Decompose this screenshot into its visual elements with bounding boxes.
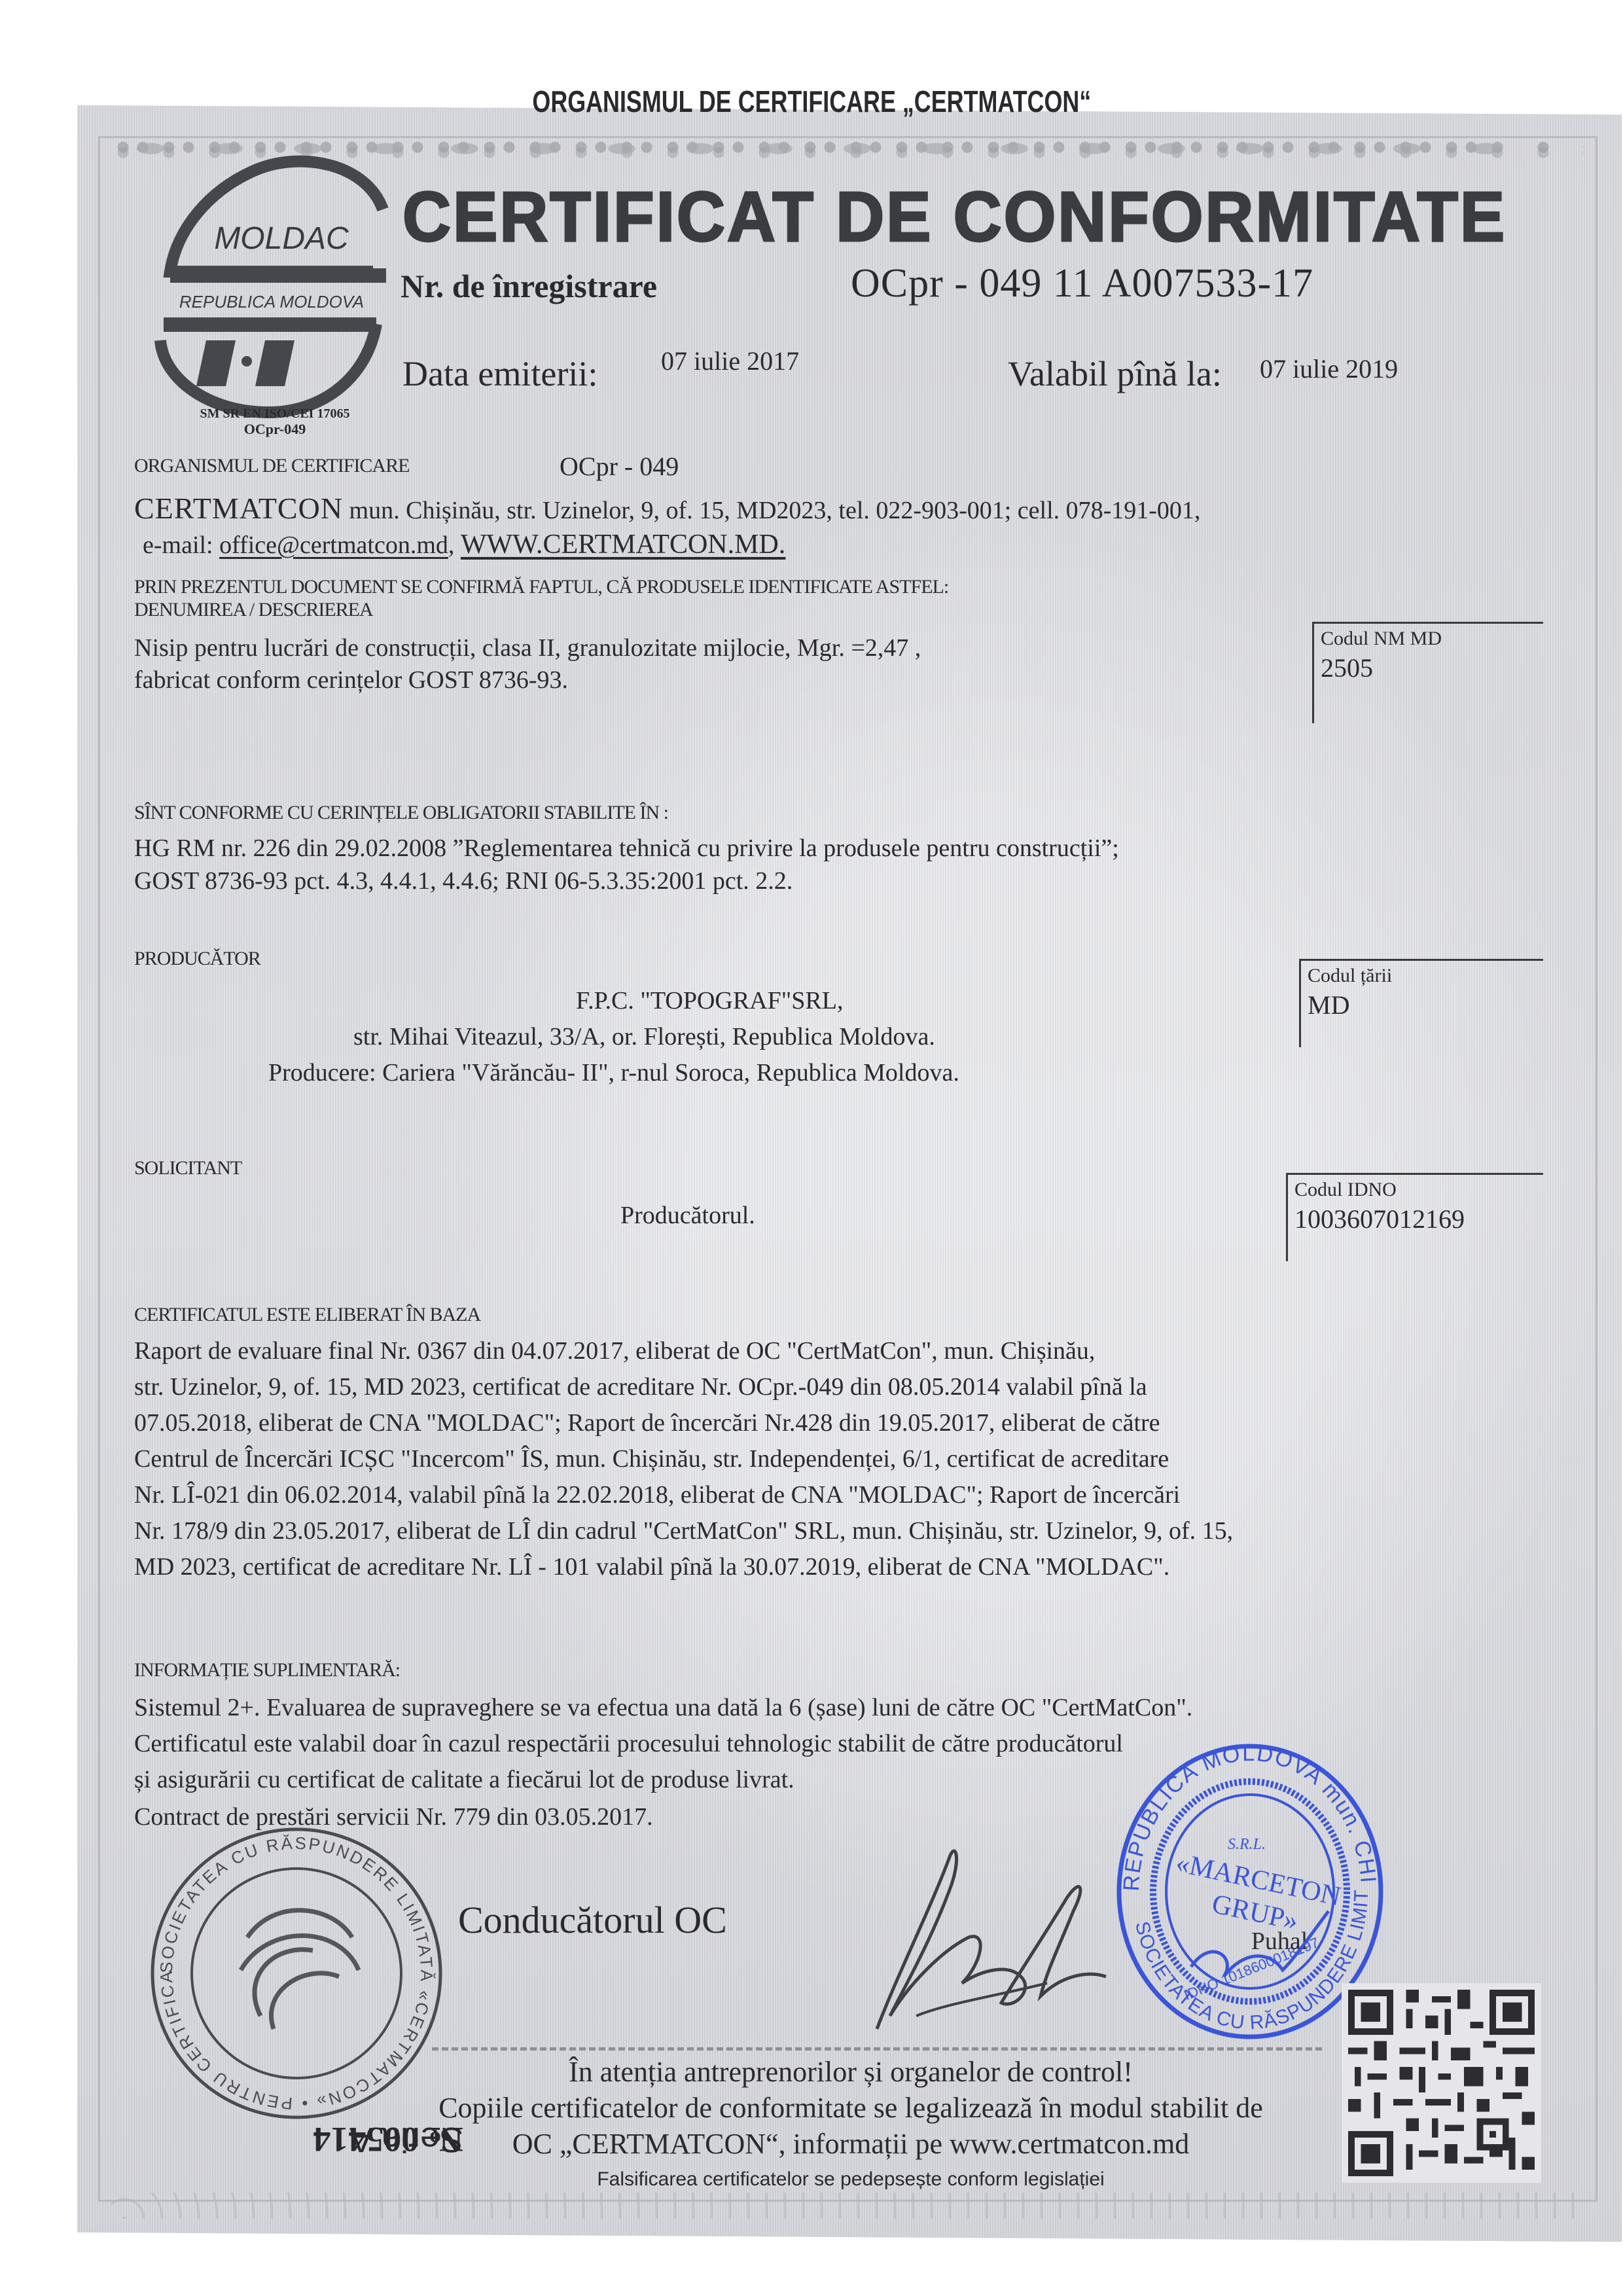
basis-line: str. Uzinelor, 9, of. 15, MD 2023, certi… xyxy=(134,1371,1147,1403)
additional-info-line: Sistemul 2+. Evaluarea de supraveghere s… xyxy=(134,1692,1192,1724)
footer-divider xyxy=(432,2047,1322,2051)
producer-production-site: Producere: Cariera "Vărăncău- II", r-nul… xyxy=(268,1057,959,1089)
moldac-logo: MOLDAC REPUBLICA MOLDOVA xyxy=(151,151,399,425)
additional-info-label: INFORMAȚIE SUPLIMENTARĂ: xyxy=(134,1659,400,1681)
basis-line: Centrul de Încercări ICȘC "Incercom" ÎS,… xyxy=(134,1443,1169,1475)
handwritten-signature xyxy=(851,1820,1152,2036)
requirements-label: SÎNT CONFORME CU CERINȚELE OBLIGATORII S… xyxy=(134,802,668,824)
basis-line: Nr. LÎ-021 din 06.02.2014, valabil pînă … xyxy=(134,1479,1180,1511)
basis-line: Raport de evaluare final Nr. 0367 din 04… xyxy=(134,1335,1095,1367)
additional-info-line: Certificatul este valabil doar în cazul … xyxy=(134,1728,1123,1760)
footer-notice-title: În atenția antreprenorilor și organelor … xyxy=(327,2055,1374,2089)
requirements-line-1: HG RM nr. 226 din 29.02.2008 ”Reglementa… xyxy=(134,833,1119,865)
footer-warning: Falsificarea certificatelor se pedepseșt… xyxy=(327,2168,1374,2191)
certificate-title: CERTIFICAT DE CONFORMITATE xyxy=(402,175,1507,257)
basis-line: 07.05.2018, eliberat de CNA "MOLDAC"; Ra… xyxy=(134,1407,1160,1439)
country-code-box: Codul țării MD xyxy=(1299,959,1543,1047)
issue-date: 07 iulie 2017 xyxy=(661,346,799,376)
idno-value: 1003607012169 xyxy=(1294,1204,1537,1234)
footer-notice-line: OC „CERTMATCON“, informații pe www.certm… xyxy=(327,2127,1374,2161)
svg-text:S.R.L.: S.R.L. xyxy=(1228,1836,1266,1853)
certifier-address-line: CERTMATCON mun. Chișinău, str. Uzinelor,… xyxy=(134,492,1200,527)
certifier-name: CERTMATCON xyxy=(134,492,343,525)
certifier-contacts: e-mail: office@certmatcon.md, WWW.CERTMA… xyxy=(143,529,785,562)
product-description-label: DENUMIREA / DESCRIEREA xyxy=(134,599,373,621)
idno-box: Codul IDNO 1003607012169 xyxy=(1286,1173,1543,1261)
organization-header: ORGANISMUL DE CERTIFICARE „CERTMATCON“ xyxy=(0,84,1623,119)
valid-until-label: Valabil pînă la: xyxy=(1008,353,1222,394)
producer-address: str. Mihai Viteazul, 33/A, or. Florești,… xyxy=(353,1021,935,1053)
product-intro: PRIN PREZENTUL DOCUMENT SE CONFIRMĂ FAPT… xyxy=(134,576,948,598)
issue-date-label: Data emiterii: xyxy=(402,353,597,394)
requirements-line-2: GOST 8736-93 pct. 4.3, 4.4.1, 4.4.6; RNI… xyxy=(134,865,793,897)
certifier-address: mun. Chișinău, str. Uzinelor, 9, of. 15,… xyxy=(349,497,1201,524)
basis-line: MD 2023, certificat de acreditare Nr. LÎ… xyxy=(134,1551,1169,1583)
country-code-value: MD xyxy=(1308,990,1537,1020)
certifier-code: OCpr - 049 xyxy=(560,450,679,482)
svg-text:REPUBLICA MOLDOVA: REPUBLICA MOLDOVA xyxy=(179,292,364,312)
applicant-label: SOLICITANT xyxy=(134,1157,241,1179)
producer-label: PRODUCĂTOR xyxy=(134,948,260,970)
certifier-label: ORGANISMUL DE CERTIFICARE xyxy=(134,455,409,477)
nm-code-value: 2505 xyxy=(1321,653,1537,683)
registration-label: Nr. de înregistrare xyxy=(401,267,657,305)
basis-label: CERTIFICATUL ESTE ELIBERAT ÎN BAZA xyxy=(134,1304,480,1326)
country-code-label: Codul țării xyxy=(1308,965,1537,987)
idno-label: Codul IDNO xyxy=(1294,1179,1537,1201)
product-description-line-1: Nisip pentru lucrări de construcții, cla… xyxy=(134,632,921,664)
nm-code-label: Codul NM MD xyxy=(1321,628,1537,650)
nm-code-box: Codul NM MD 2505 xyxy=(1312,622,1543,723)
accreditation-standard: SM SR EN ISO/CEI 17065 OCpr-049 xyxy=(157,406,393,437)
email-link[interactable]: office@certmatcon.md xyxy=(219,531,448,559)
footer-notice-line: Copiile certificatelor de conformitate s… xyxy=(327,2091,1374,2125)
product-description-line-2: fabricat conform cerințelor GOST 8736-93… xyxy=(134,664,568,696)
email-label: e-mail: xyxy=(143,531,213,559)
basis-line: Nr. 178/9 din 23.05.2017, eliberat de LÎ… xyxy=(134,1515,1233,1547)
registration-number: OCpr - 049 11 A007533-17 xyxy=(851,260,1313,307)
producer-name: F.P.C. "TOPOGRAF"SRL, xyxy=(576,985,843,1017)
applicant-value: Producătorul. xyxy=(620,1200,755,1232)
separator: , xyxy=(448,531,455,559)
head-of-body-label: Conducătorul OC xyxy=(458,1898,727,1942)
decorative-wave-bottom xyxy=(111,2193,1590,2219)
svg-text:MOLDAC: MOLDAC xyxy=(214,221,349,256)
additional-info-line: și asigurării cu certificat de calitate … xyxy=(134,1764,794,1796)
valid-until-date: 07 iulie 2019 xyxy=(1260,353,1398,384)
website-link[interactable]: WWW.CERTMATCON.MD. xyxy=(461,529,785,560)
qr-code[interactable] xyxy=(1342,1983,1541,2183)
